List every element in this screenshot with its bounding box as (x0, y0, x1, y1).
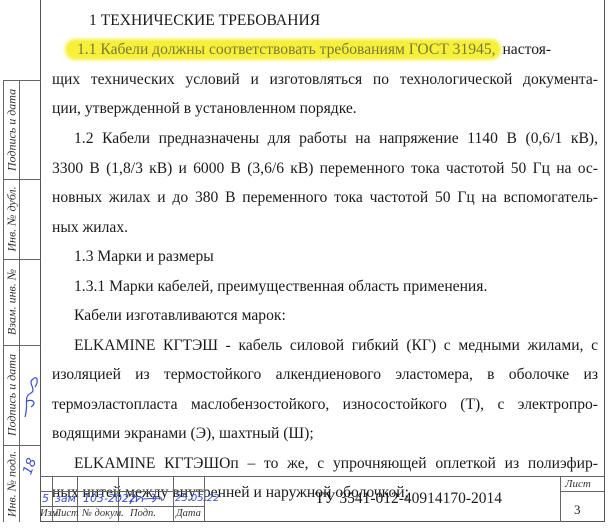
cable-1-line-3: термоэластопласта маслобензостойкого, из… (52, 394, 598, 416)
cable-1-line-2: изоляцией из термостойкого алкендиеновог… (52, 364, 598, 386)
paragraph-2-line-2: 3300 В (1,8/3 кВ) и 6000 В (3,6/6 кВ) пе… (52, 158, 598, 180)
header-doc-no: № докум. (82, 508, 124, 519)
document-code: ТУ 3541-012-40914170-2014 (315, 490, 502, 508)
paragraph-2-line-1: 1.2 Кабели предназначены для работы на н… (74, 128, 598, 150)
paragraph-1-line-2: щих технических условий и изготовляться … (52, 69, 598, 91)
subsubsection-title: 1.3.1 Марки кабелей, преимущественная об… (74, 276, 487, 298)
stamp-cell-signature-date-2: Подпись и дата (4, 345, 41, 446)
subsection-title: 1.3 Марки и размеры (74, 246, 214, 268)
highlighted-text: 1.1 Кабели должны соответствовать требов… (67, 41, 499, 58)
stamp-cell-original-inv: Инв. № подл. 18 (4, 445, 41, 522)
handwritten-signature-icon (21, 373, 41, 419)
sheet-label: Лист (565, 478, 591, 490)
handwritten-inv-number: 18 (20, 456, 40, 477)
title-block: 5 зам 103-2022 25.05.22 Изм Лист № докум… (40, 476, 604, 522)
paragraph-1-line-3: ции, утвержденной в установленном порядк… (52, 98, 357, 120)
header-list: Лист (54, 508, 79, 519)
paragraph-2-line-4: ных жилах. (52, 217, 128, 239)
cable-2-line-1: ELKAMINE КГТЭШОп – то же, с упрочняющей … (74, 453, 598, 475)
revision-list: зам (55, 492, 76, 505)
intro-line: Кабели изготавливаются марок: (74, 305, 286, 327)
revision-date: 25.05.22 (175, 493, 220, 504)
header-date: Дата (176, 508, 201, 519)
cable-1-line-4: водящими экранами (Э), шахтный (Ш); (52, 423, 314, 445)
stamp-cell-replacement-inv: Взам. инв. № (4, 259, 41, 346)
revision-signature-icon (128, 492, 164, 506)
revision-izm: 5 (42, 492, 49, 505)
stamp-cell-duplicate-inv: Инв. № дубл. (4, 179, 41, 260)
stamp-cell-signature-date-1: Подпись и дата (4, 81, 41, 180)
header-podp: Подп. (130, 508, 156, 519)
margin-stamp: Подпись и дата Инв. № дубл. Взам. инв. №… (3, 80, 41, 522)
sheet-number: 3 (574, 502, 581, 518)
section-title: 1 ТЕХНИЧЕСКИЕ ТРЕБОВАНИЯ (89, 10, 320, 32)
paragraph-1-line-1: 1.1 Кабели должны соответствовать требов… (77, 39, 551, 61)
cable-1-line-1: ELKAMINE КГТЭШ - кабель силовой гибкий (… (74, 335, 598, 357)
paragraph-2-line-3: новных жилах и до 380 В переменного тока… (52, 187, 598, 209)
